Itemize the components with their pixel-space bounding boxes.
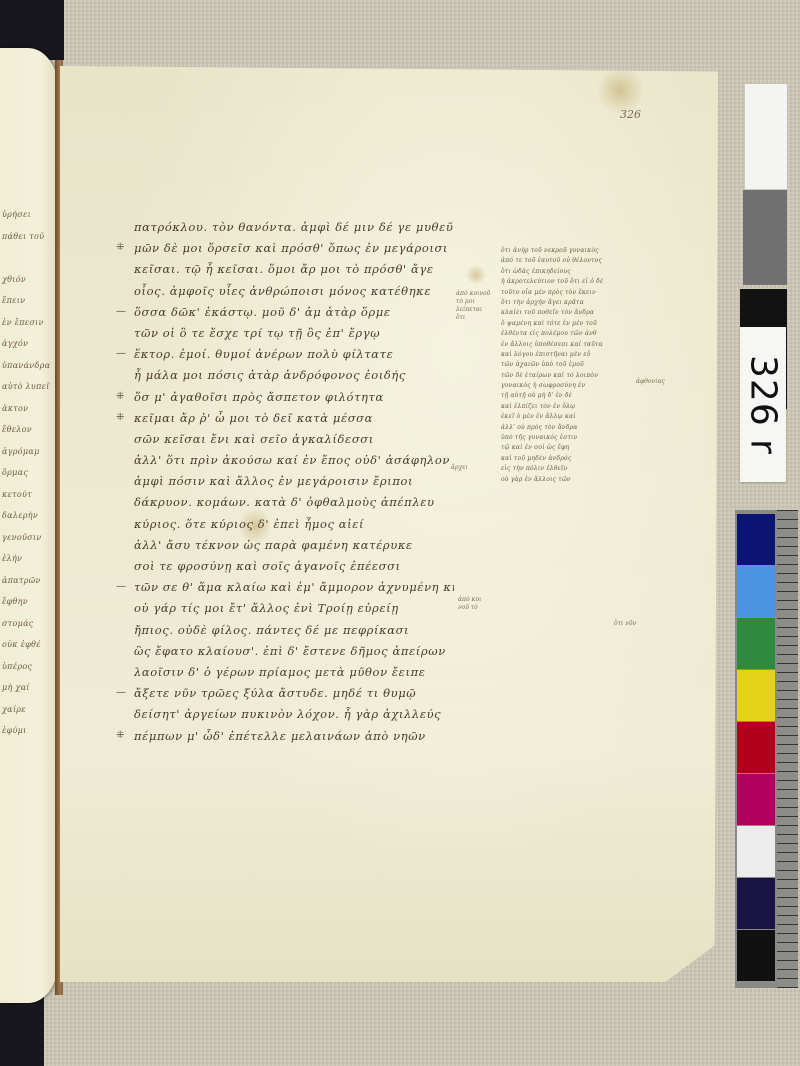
- margin-mark: —: [116, 581, 126, 592]
- color-patch-black: [737, 930, 775, 981]
- margin-mark: —: [116, 348, 126, 359]
- facing-page-fragment: ἔπειν: [2, 296, 25, 305]
- color-patch-sky-blue: [737, 566, 775, 617]
- water-stain: [595, 68, 645, 113]
- manuscript-line: οἷος. ἀμφοῖς υἷες ἀνθρώποισι μόνος κατέθ…: [134, 281, 454, 302]
- manuscript-line: ὣς ἔφατο κλαίουσ'. ἐπὶ δ' ἔστενε δῆμος ἀ…: [134, 641, 454, 662]
- facing-page-fragment: ἐφύμι: [2, 726, 27, 735]
- manuscript-line: σῶν κεῖσαι ἔνι καὶ σεῖο ἀγκαλίδεσσι: [134, 429, 454, 450]
- gloss-lower-right: ὅτι νῦν: [614, 620, 636, 628]
- facing-page-fragment: ὑπανάνδρα: [2, 361, 50, 370]
- manuscript-line: ἀλλ' ὅτι πρὶν ἀκούσω καί ἐν ἔπος οὐδ' ἀσ…: [134, 450, 454, 471]
- manuscript-line: λαοῖσιν δ' ὁ γέρων πρίαμος μετὰ μῦθον ἔε…: [134, 662, 454, 683]
- scholia-line: εἰς τὴν πόλιν ἐλθεῖν: [501, 464, 611, 474]
- manuscript-line: κεῖμαι ἄρ ῥ' ὦ μοι τὸ δεῖ κατὰ μέσσα: [134, 408, 454, 429]
- facing-page-fragment: ἐν ἔπεσιν: [2, 318, 44, 327]
- folio-label-text: 326 r: [743, 355, 784, 455]
- gloss-line-13: ἄρχει: [451, 464, 468, 472]
- manuscript-line: μῶν δὲ μοι ὅρσεῖσ καὶ πρόσθ' ὅπως ἐν μεγ…: [134, 238, 454, 259]
- scholia-line: τῇ αὐτῇ οὐ μὴ δ' ἐν δὲ: [501, 391, 611, 401]
- color-calibration-strip: [735, 510, 798, 988]
- margin-mark: —: [116, 306, 126, 317]
- scholia-line: ὅτι ἀνὴρ τοῦ νεκροῦ γυναικὸς: [501, 246, 611, 256]
- facing-page-fragment: αὐτὸ λυπεῖ: [2, 382, 50, 391]
- facing-page-fragment: ἀκτον: [2, 404, 28, 413]
- manuscript-line: τῶν σε θ' ἅμα κλαίω καὶ ἐμ' ἄμμορον ἀχνυ…: [134, 577, 454, 598]
- facing-page-fragment: ἀγρόμαμ: [2, 447, 40, 456]
- scholia-line: ἐλθέντα εἰς πολέμου τῶν ἀνθ: [501, 329, 611, 339]
- gray-patch-mid: [743, 190, 787, 285]
- scholia-line: τοῦτο οἷα μὲν πρὸς τὸν ἔκειν: [501, 288, 611, 298]
- facing-page-edge: ὑρήσειπάθει τοῦχθιόνἔπεινἐν ἔπεσινἀγχόνὑ…: [0, 48, 58, 1003]
- main-text-block: πατρόκλου. τὸν θανόντα. ἀμφὶ δέ μιν δέ γ…: [134, 217, 454, 747]
- scholia-line: ὑπὸ τῆς γυναικός ἐστιν: [501, 433, 611, 443]
- facing-page-fragment: οὐκ ἐφθέ: [2, 640, 41, 649]
- marginal-scholia: ὅτι ἀνὴρ τοῦ νεκροῦ γυναικὸςἀπό τε τοῦ ἑ…: [501, 246, 611, 485]
- manuscript-line: ἄξετε νῦν τρῶες ξύλα ἄστυδε. μηδέ τι θυμ…: [134, 683, 454, 704]
- manuscript-line: κεῖσαι. τῷ ἦ κεῖσαι. ὅμοι ἄρ μοι τὸ πρόσ…: [134, 259, 454, 280]
- facing-page-fragment: ἔφθην: [2, 597, 28, 606]
- color-patch-navy: [737, 514, 775, 565]
- manuscript-line: πατρόκλου. τὸν θανόντα. ἀμφὶ δέ μιν δέ γ…: [134, 217, 454, 238]
- manuscript-line: ἀλλ' ἄσυ τέκνον ὡς παρὰ φαμένη κατέρυκε: [134, 535, 454, 556]
- facing-page-fragment: ἀγχόν: [2, 339, 28, 348]
- color-patch-magenta: [737, 774, 775, 825]
- scholia-line: οὐ γὰρ ἐν ἄλλοις τῶν: [501, 475, 611, 485]
- manuscript-line: σοὶ τε φροσύνῃ καὶ σοῖς ἀγανοῖς ἐπέεσσι: [134, 556, 454, 577]
- facing-page-fragment: ἔθελον: [2, 425, 32, 434]
- gloss-line: λείπεται: [456, 306, 490, 314]
- manuscript-line: ἕκτορ. ἐμοί. θυμοί ἀνέρων πολὺ φίλτατε: [134, 344, 454, 365]
- ruler-scale: [777, 510, 798, 988]
- scholia-line: ἀλλ' οὐ πρὸς τὸν ἄνδρα: [501, 423, 611, 433]
- scholia-line: ὅτι ὠδὰς ἐπικηδείους: [501, 267, 611, 277]
- margin-mark: ⁜: [116, 412, 124, 423]
- manuscript-line: ὅσσα δῶκ' ἑκάστῳ. μοῦ δ' ἀμ ἀτὰρ ὅρμε: [134, 302, 454, 323]
- manuscript-line: οὐ γάρ τίς μοι ἔτ' ἄλλος ἐνὶ Τροίῃ εὐρεί…: [134, 598, 454, 619]
- stain-spot: [465, 266, 487, 284]
- margin-mark: —: [116, 687, 126, 698]
- scholia-line: ἐν ἄλλοις ὑποθέσεσι καί ταῦτα: [501, 340, 611, 350]
- gloss-line: τὸ μοι: [456, 298, 490, 306]
- scholia-line: καὶ ἐλπίζει τὸν ἐν ὅλῳ: [501, 402, 611, 412]
- facing-page-fragment: ἀπατρῶν: [2, 576, 41, 585]
- manuscript-line: τῶν οἱ ὃ τε ἔσχε τρί τῳ τῇ ὃς ἐπ' ἔργῳ: [134, 323, 454, 344]
- facing-page-fragment: γενοῦσιν: [2, 533, 41, 542]
- scholia-line: γυναικὸς ἡ σωφροσύνη ἐν: [501, 381, 611, 391]
- facing-page-fragment: ἐλήν: [2, 554, 22, 563]
- scholia-line: ὅτι τὴν ἀρχὴν ἄγει κρᾶτα: [501, 298, 611, 308]
- manuscript-line: δάκρυον. κομάων. κατὰ δ' ὀφθαλμοὺς ἀπέπλ…: [134, 492, 454, 513]
- manuscript-line: κύριος. ὅτε κύριος δ' ἐπεὶ ἦμος αἰεί: [134, 514, 454, 535]
- facing-page-fragment: ὅρμας: [2, 468, 28, 477]
- facing-page-fragment: μὴ χαί: [2, 683, 30, 692]
- folio-label-card: 326 r: [740, 327, 786, 482]
- manuscript-line: ἤπιος. οὐδὲ φίλος. πάντες δέ με πεφρίκασ…: [134, 620, 454, 641]
- right-gloss: ἀφθονίας: [636, 378, 665, 386]
- scholia-line: τῶν ἀχαιῶν ὑπὸ τοῦ ἐμοῦ: [501, 360, 611, 370]
- margin-mark: ⁜: [116, 391, 124, 402]
- color-patch-white: [737, 826, 775, 877]
- facing-page-fragment: στομάς: [2, 619, 34, 628]
- scholia-line: ἡ ἀκροτελεύτιον τοῦ ὅτι εἰ ὁ δὲ: [501, 277, 611, 287]
- scholia-line: κλαίει τοῦ ποθεῖν τὸν ἄνδρα: [501, 308, 611, 318]
- manuscript-line: δείσητ' ἀργείων πυκινὸν λόχον. ἦ γὰρ ἀχι…: [134, 704, 454, 725]
- manuscript-line: ἀμφὶ πόσιν καὶ ἄλλος ἐν μεγάροισιν ἔριπο…: [134, 471, 454, 492]
- scholia-line: ἀπό τε τοῦ ἑαυτοῦ οὐ θέλοντος: [501, 256, 611, 266]
- margin-mark: ⁜: [116, 730, 124, 741]
- gloss-line: ἀπὸ κοι: [458, 596, 481, 604]
- color-patch-red: [737, 722, 775, 773]
- facing-page-fragment: κετούτ: [2, 490, 32, 499]
- gloss-line-20: ἀπὸ κοινοῦ τὸ: [458, 596, 481, 612]
- manuscript-line: ὅσ μ' ἀγαθοῖσι πρὸς ἄσπετον φιλότητα: [134, 387, 454, 408]
- scholia-line: καὶ λόγου ἐπιστῆναι μὲν εὖ: [501, 350, 611, 360]
- facing-page-fragment: ὑρήσει: [2, 210, 31, 219]
- gray-patch-white: [745, 84, 787, 189]
- facing-page-fragment: ὑπέρος: [2, 662, 32, 671]
- margin-mark: ⁜: [116, 242, 124, 253]
- scholia-line: τῷ καὶ ἐν σοὶ ὡς ἔφη: [501, 443, 611, 453]
- gloss-line: ὅτι: [456, 314, 490, 322]
- color-patch-yellow: [737, 670, 775, 721]
- scholia-line: καὶ τοῦ μηδὲν ἀνδρὸς: [501, 454, 611, 464]
- facing-page-fragment: χθιόν: [2, 275, 26, 284]
- manuscript-line: ἦ μάλα μοι πόσις ἀτὰρ ἀνδρόφονος ἐοιδής: [134, 365, 454, 386]
- color-patch-dark-indigo: [737, 878, 775, 929]
- folio-number: 326: [620, 108, 641, 121]
- left-gloss: ἀπὸ κοινοῦτὸ μοιλείπεταιὅτι: [456, 290, 490, 322]
- facing-page-fragment: πάθει τοῦ: [2, 232, 44, 241]
- color-patch-green: [737, 618, 775, 669]
- grayscale-target: 326 r: [740, 84, 790, 479]
- manuscript-line: πέμπων μ' ὧδ' ἐπέτελλε μελαινάων ἀπὸ νηῶ…: [134, 726, 454, 747]
- facing-page-fragment: χαίρε: [2, 705, 26, 714]
- facing-page-fragment: δαλερὴν: [2, 511, 38, 520]
- gloss-line: νοῦ τὸ: [458, 604, 481, 612]
- scholia-line: ὅ ψαμένη καὶ τότε ἐν μὲν τοῦ: [501, 319, 611, 329]
- scholia-line: τῶν δὲ ἑταίρων καὶ τὸ λοιπὸν: [501, 371, 611, 381]
- gloss-line: ἀπὸ κοινοῦ: [456, 290, 490, 298]
- scholia-line: ἐκεῖ ὁ μὲν ἐν ἄλλῳ καὶ: [501, 412, 611, 422]
